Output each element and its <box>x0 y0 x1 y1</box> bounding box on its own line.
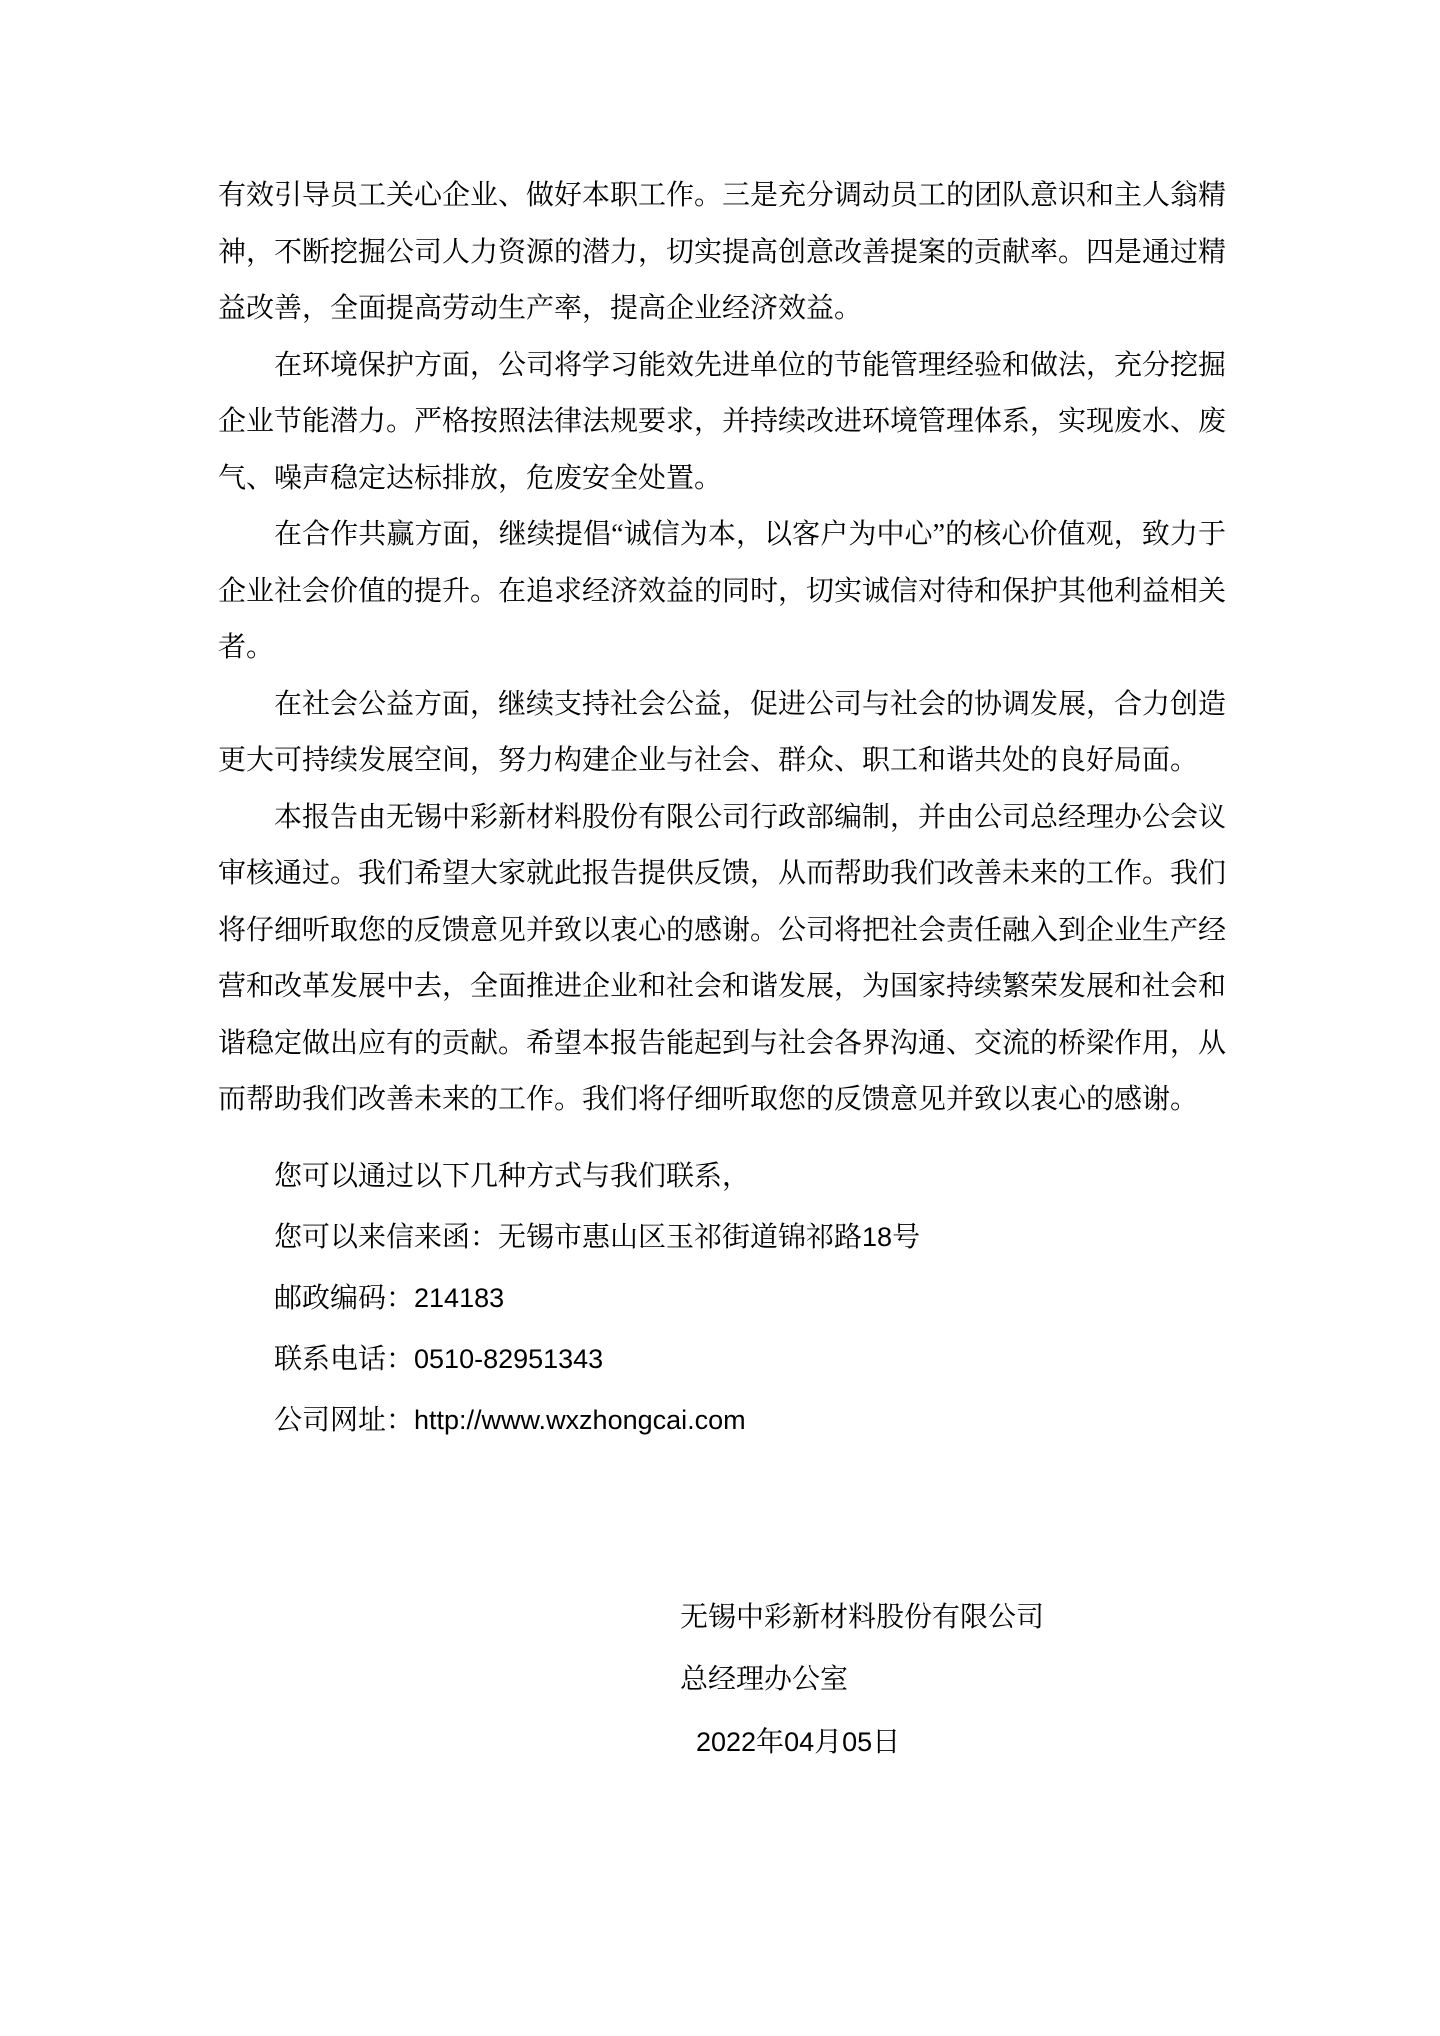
contact-address-label: 您可以来信来函：无锡市惠山区玉祁街道锦祁路 <box>274 1222 862 1253</box>
body-paragraph: 在环境保护方面，公司将学习能效先进单位的节能管理经验和做法，充分挖掘企业节能潜力… <box>218 338 1226 508</box>
body-paragraph: 有效引导员工关心企业、做好本职工作。三是充分调动员工的团队意识和主人翁精神，不断… <box>218 168 1226 338</box>
body-paragraph: 在合作共赢方面，继续提倡“诚信为本，以客户为中心”的核心价值观，致力于企业社会价… <box>218 507 1226 677</box>
contact-address: 您可以来信来函：无锡市惠山区玉祁街道锦祁路18号 <box>274 1207 1226 1268</box>
contact-website-label: 公司网址： <box>274 1405 414 1436</box>
contact-postcode-label: 邮政编码： <box>274 1283 414 1314</box>
document-page: 有效引导员工关心企业、做好本职工作。三是充分调动员工的团队意识和主人翁精神，不断… <box>0 0 1440 2036</box>
signature-department: 总经理办公室 <box>680 1649 1226 1711</box>
contact-postcode-value: 214183 <box>414 1283 504 1313</box>
contact-section: 您可以通过以下几种方式与我们联系， 您可以来信来函：无锡市惠山区玉祁街道锦祁路1… <box>218 1147 1226 1451</box>
body-paragraph: 在社会公益方面，继续支持社会公益，促进公司与社会的协调发展，合力创造更大可持续发… <box>218 677 1226 790</box>
signature-block: 无锡中彩新材料股份有限公司 总经理办公室 2022年04月05日 <box>680 1587 1226 1774</box>
signature-company: 无锡中彩新材料股份有限公司 <box>680 1587 1226 1649</box>
contact-intro: 您可以通过以下几种方式与我们联系， <box>274 1147 1226 1207</box>
contact-address-suffix: 号 <box>892 1222 920 1253</box>
report-body: 有效引导员工关心企业、做好本职工作。三是充分调动员工的团队意识和主人翁精神，不断… <box>218 168 1226 1129</box>
contact-website-value: http://www.wxzhongcai.com <box>414 1405 746 1435</box>
contact-postcode: 邮政编码：214183 <box>274 1268 1226 1329</box>
signature-date: 2022年04月05日 <box>696 1711 1226 1774</box>
contact-phone-label: 联系电话： <box>274 1344 414 1375</box>
contact-address-number: 18 <box>862 1222 892 1252</box>
body-paragraph: 本报告由无锡中彩新材料股份有限公司行政部编制，并由公司总经理办公会议审核通过。我… <box>218 790 1226 1129</box>
contact-website: 公司网址：http://www.wxzhongcai.com <box>274 1390 1226 1451</box>
contact-phone-value: 0510-82951343 <box>414 1344 603 1374</box>
page-content: 有效引导员工关心企业、做好本职工作。三是充分调动员工的团队意识和主人翁精神，不断… <box>218 168 1226 1774</box>
contact-phone: 联系电话：0510-82951343 <box>274 1329 1226 1390</box>
